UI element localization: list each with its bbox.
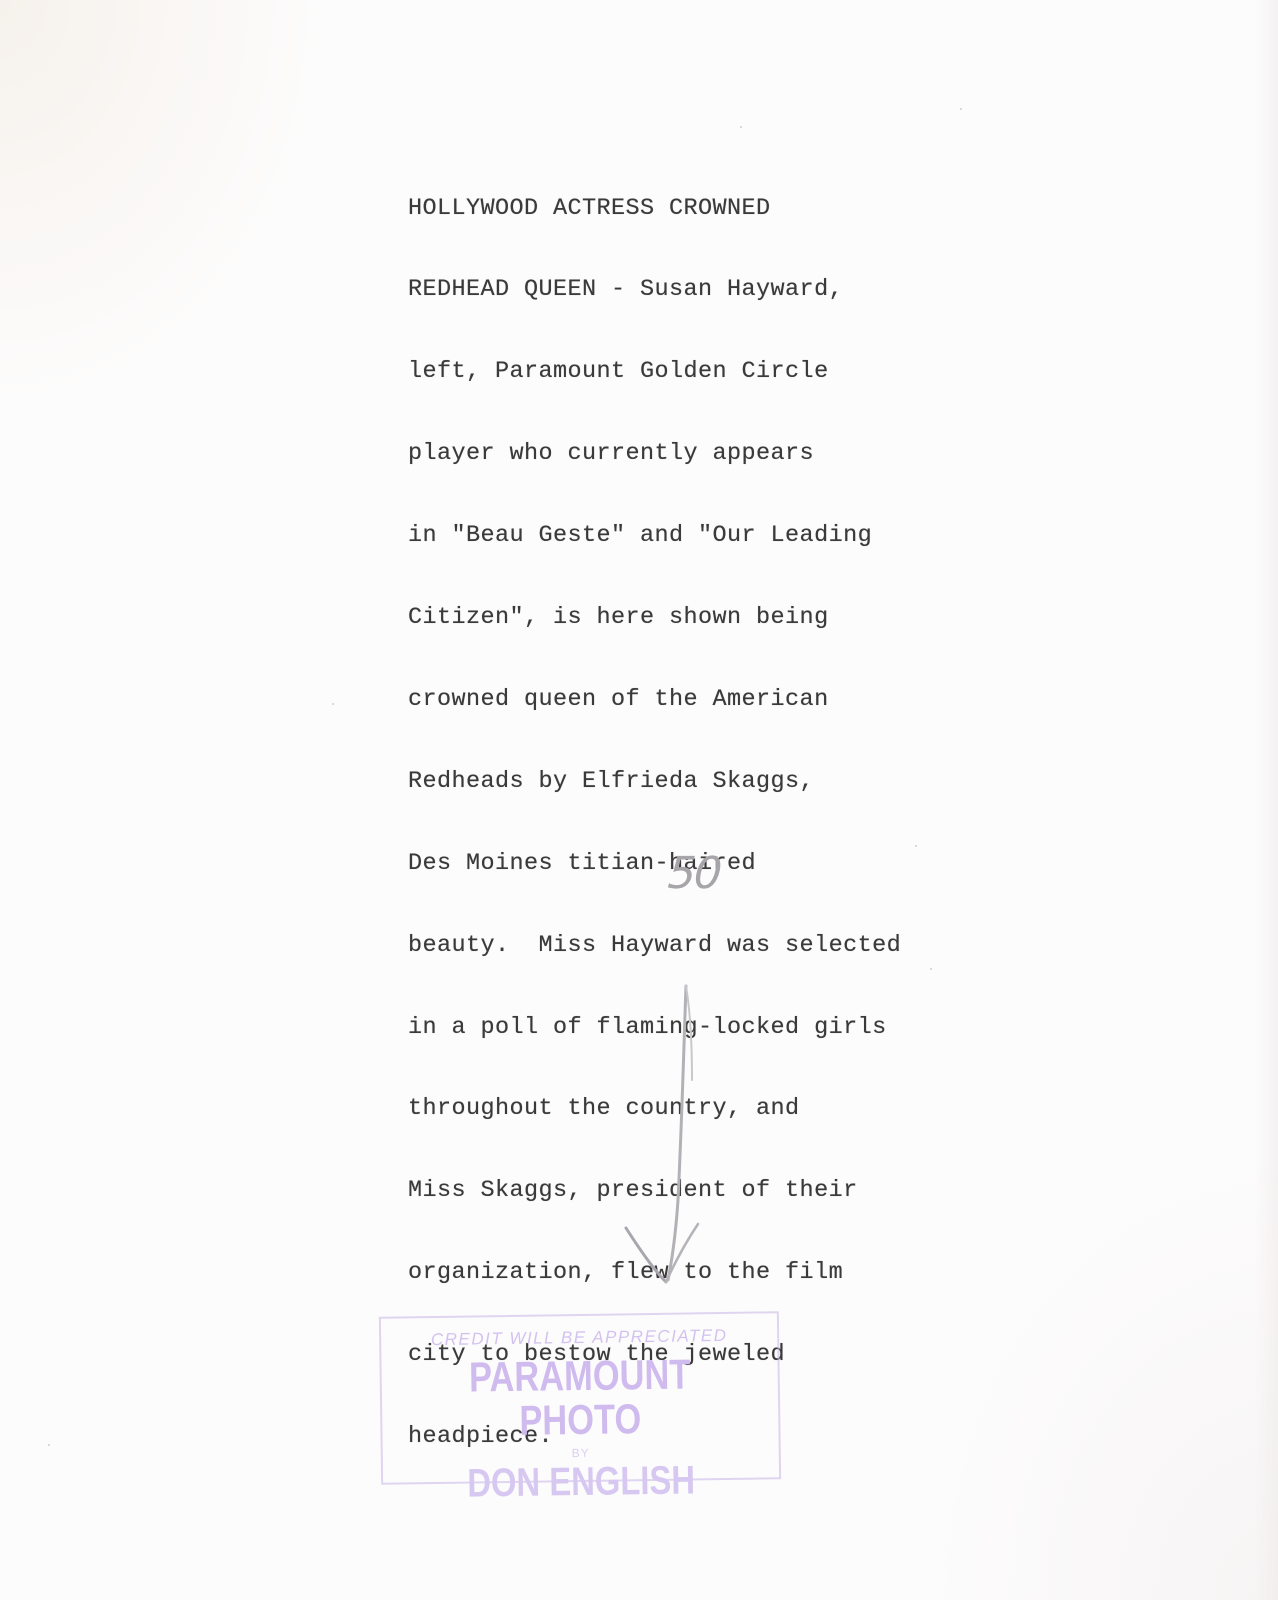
caption-line: Citizen", is here shown being — [408, 604, 1028, 631]
paper-speck — [915, 845, 917, 847]
typewritten-caption: HOLLYWOOD ACTRESS CROWNED REDHEAD QUEEN … — [408, 140, 1028, 1478]
stamp-photographer-line: DON ENGLISH — [419, 1460, 744, 1505]
paper-edge-shadow — [1254, 0, 1278, 1600]
caption-line: player who currently appears — [408, 440, 1028, 467]
paper-speck — [48, 1444, 50, 1446]
caption-line: HOLLYWOOD ACTRESS CROWNED — [408, 195, 1028, 222]
stamp-studio-line: PARAMOUNT PHOTO — [417, 1352, 743, 1445]
caption-line: beauty. Miss Hayward was selected — [408, 932, 1028, 959]
stamp-credit-line: CREDIT WILL BE APPRECIATED — [381, 1325, 777, 1351]
down-arrow-icon — [620, 980, 700, 1290]
caption-line: REDHEAD QUEEN - Susan Hayward, — [408, 276, 1028, 303]
credit-stamp: CREDIT WILL BE APPRECIATED PARAMOUNT PHO… — [379, 1311, 781, 1485]
caption-line: Redheads by Elfrieda Skaggs, — [408, 768, 1028, 795]
paper-speck — [332, 703, 334, 705]
caption-line: organization, flew to the film — [408, 1259, 1028, 1286]
caption-line: Miss Skaggs, president of their — [408, 1177, 1028, 1204]
caption-line: in "Beau Geste" and "Our Leading — [408, 522, 1028, 549]
caption-line: throughout the country, and — [408, 1095, 1028, 1122]
caption-line: crowned queen of the American — [408, 686, 1028, 713]
paper-speck — [740, 126, 742, 128]
pencil-note: 50 — [666, 848, 722, 899]
paper-speck — [960, 108, 962, 110]
caption-line: in a poll of flaming-locked girls — [408, 1014, 1028, 1041]
paper-speck — [930, 968, 932, 970]
caption-line: left, Paramount Golden Circle — [408, 358, 1028, 385]
